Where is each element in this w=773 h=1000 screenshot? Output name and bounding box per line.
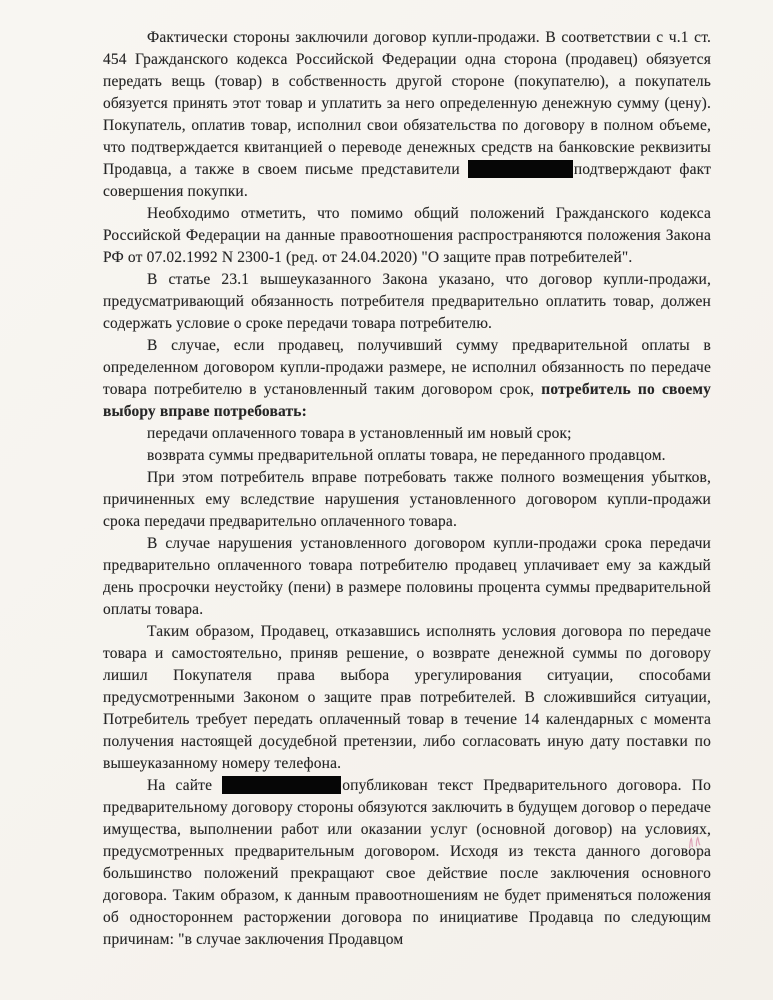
pink-pen-mark-artifact [685, 835, 705, 851]
scanned-page: { "page": { "kind": "scanned-legal-docum… [0, 0, 773, 1000]
paragraph: В случае, если продавец, получивший сумм… [103, 335, 711, 423]
paragraph: Фактически стороны заключили договор куп… [103, 27, 711, 203]
paragraph: При этом потребитель вправе потребовать … [103, 467, 711, 533]
redaction-box [468, 160, 573, 178]
paragraph: На сайте опубликован текст Предварительн… [103, 775, 711, 951]
redaction-box [222, 776, 341, 794]
bold-text: потребитель по своему выбору вправе потр… [103, 381, 711, 420]
paragraph: В случае нарушения установленного догово… [103, 533, 711, 621]
paragraph: В статье 23.1 вышеуказанного Закона указ… [103, 269, 711, 335]
paragraph: передачи оплаченного товара в установлен… [103, 423, 711, 445]
document-text-block: Фактически стороны заключили договор куп… [103, 27, 711, 951]
paragraph: возврата суммы предварительной оплаты то… [103, 445, 711, 467]
paragraph: Таким образом, Продавец, отказавшись исп… [103, 621, 711, 775]
paragraph: Необходимо отметить, что помимо общий по… [103, 203, 711, 269]
